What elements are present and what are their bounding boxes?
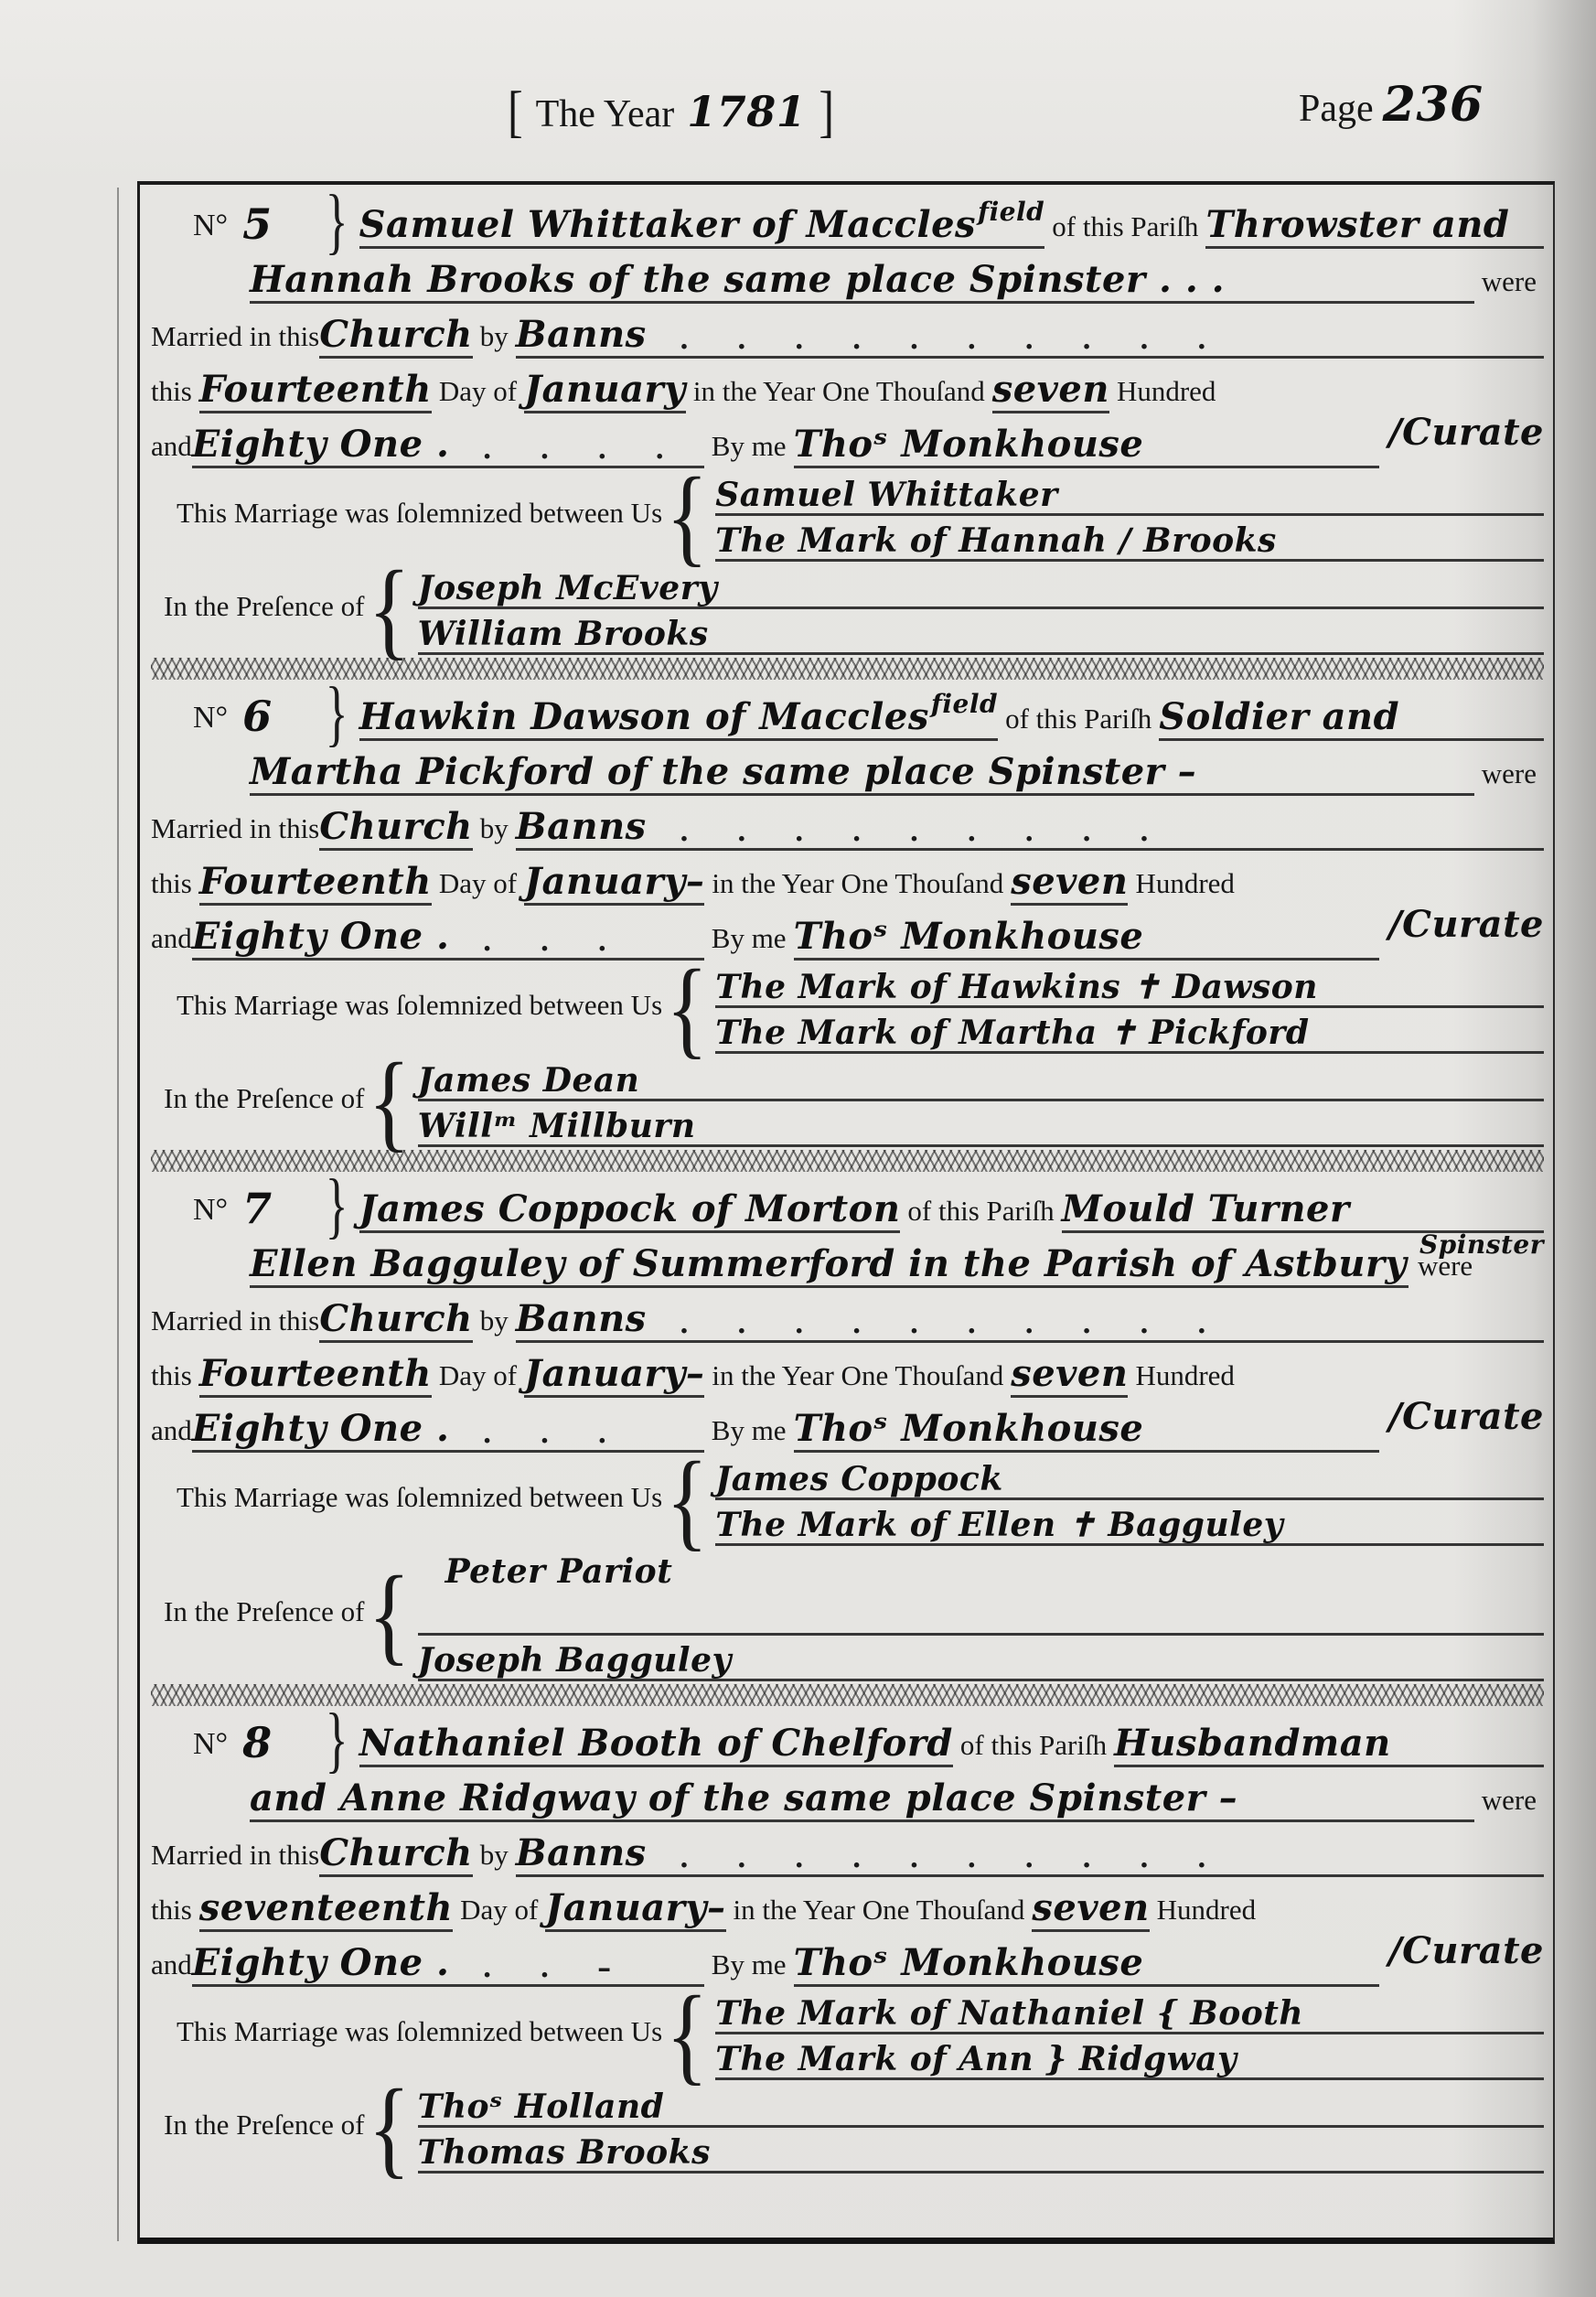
groom-signature: Samuel Whittaker	[715, 477, 1057, 513]
printed-this: this	[151, 1894, 192, 1932]
year-words-underline: Eighty One . . . –	[192, 1943, 704, 1987]
were-stack: Spinster were	[1418, 1235, 1544, 1288]
groom-occupation: Mould Turner	[1062, 1189, 1350, 1230]
bride-line: and Anne Ridgway of the same place Spins…	[151, 1767, 1544, 1822]
printed-hundred: Hundred	[1117, 375, 1216, 413]
occupation-underline: Husbandman	[1114, 1723, 1544, 1767]
margin-rule	[117, 188, 119, 2241]
witness1-line: Joseph McEvery	[418, 564, 1544, 609]
printed-by: by	[480, 1304, 509, 1343]
banns-value: Banns	[516, 1833, 647, 1874]
witness-column: Joseph McEvery William Brooks	[418, 564, 1544, 655]
witness2-line: William Brooks	[418, 609, 1544, 655]
day-value: Fourteenth	[199, 862, 432, 906]
banns-underline: Banns . . . . . . . . . .	[516, 1299, 1544, 1343]
year-line: and Eighty One . . . . . By me Thoˢ Monk…	[151, 413, 1544, 468]
witness2-signature: Thomas Brooks	[418, 2134, 711, 2171]
printed-were: were	[1482, 265, 1537, 304]
solemnized-line: This Marriage was ſolemnized between Us …	[151, 470, 1544, 562]
minister-underline: Thoˢ Monkhouse	[794, 1943, 1379, 1987]
witness2-signature: William Brooks	[418, 616, 709, 652]
bride-name-underline: and Anne Ridgway of the same place Spins…	[250, 1778, 1474, 1822]
printed-and: and	[151, 922, 192, 961]
groom-name-superscript: field	[978, 202, 1044, 222]
curate-note: ∕Curate	[1388, 1931, 1544, 1972]
groom-mark: The Mark of Nathaniel { Booth	[715, 1995, 1303, 2032]
marriage-entry-5: N° 5 } Samuel Whittaker of Maccles field…	[151, 190, 1544, 655]
printed-by-me: By me	[712, 1948, 787, 1987]
banns-value: Banns	[516, 315, 647, 356]
bride-signature-line: The Mark of Ellen ✝ Bagguley	[715, 1500, 1544, 1546]
groom-signature-line: James Coppock	[715, 1454, 1544, 1500]
married-line: Married in this Church by Banns . . . . …	[151, 1288, 1544, 1343]
month-value: January–	[545, 1888, 725, 1932]
banns-underline: Banns . . . . . . . . .	[516, 807, 1544, 851]
year-line: and Eighty One . . . . By me Thoˢ Monkho…	[151, 1398, 1544, 1453]
printed-day-of: Day of	[439, 1359, 517, 1398]
printed-solemnized: This Marriage was ſolemnized between Us	[151, 1481, 662, 1519]
year-words: Eighty One .	[192, 1943, 450, 1984]
occupation-underline: Throwster and	[1205, 205, 1544, 249]
witness1-signature: Thoˢ Holland	[418, 2088, 665, 2125]
year-line: and Eighty One . . . – By me Thoˢ Monkho…	[151, 1932, 1544, 1987]
groom-name: James Coppock of Morton	[359, 1189, 901, 1230]
bride-name-underline: Ellen Bagguley of Summerford in the Pari…	[250, 1244, 1409, 1288]
married-line: Married in this Church by Banns . . . . …	[151, 1822, 1544, 1877]
group-brace: {	[666, 1456, 708, 1544]
date-line: this Fourteenth Day of January– in the Y…	[151, 1343, 1544, 1398]
bride-mark: The Mark of Martha ✝ Pickford	[715, 1014, 1309, 1051]
curate-note: ∕Curate	[1388, 413, 1544, 454]
marriage-entry-8: N° 8 } Nathaniel Booth of Chelford of th…	[151, 1709, 1544, 2174]
group-brace: {	[666, 1991, 708, 2078]
year-bracket-close: ]	[819, 78, 834, 145]
year-title: [ The Year 1781 ]	[508, 84, 834, 137]
month-value: January–	[524, 862, 704, 906]
bride-signature-line: The Mark of Ann } Ridgway	[715, 2034, 1544, 2080]
groom-occupation: Throwster and	[1205, 205, 1509, 246]
witness-above-signature: Peter Pariot	[445, 1553, 673, 1590]
groom-name: Samuel Whittaker of Maccles	[359, 205, 976, 246]
group-brace: {	[368, 1057, 410, 1145]
bride-mark: The Mark of Ellen ✝ Bagguley	[715, 1507, 1283, 1543]
minister-signature: Thoˢ Monkhouse	[794, 424, 1144, 466]
minister-signature: Thoˢ Monkhouse	[794, 1943, 1144, 1984]
banns-underline: Banns . . . . . . . . . .	[516, 1833, 1544, 1877]
bride-line: Hannah Brooks of the same place Spinster…	[151, 249, 1544, 304]
printed-married-in-this: Married in this	[151, 1304, 319, 1343]
groom-name-underline: Hawkin Dawson of Maccles field	[359, 697, 998, 741]
century-value: seven	[1011, 862, 1128, 906]
printed-by: by	[480, 812, 509, 851]
marriage-entry-7: N° 7 } James Coppock of Morton of this P…	[151, 1175, 1544, 1681]
bride-name: Hannah Brooks of the same place Spinster…	[250, 260, 1225, 301]
day-value: Fourteenth	[199, 370, 432, 413]
printed-solemnized: This Marriage was ſolemnized between Us	[151, 497, 662, 535]
group-brace: {	[368, 1571, 410, 1658]
groom-name-underline: Samuel Whittaker of Maccles field	[359, 205, 1045, 249]
group-brace: {	[666, 964, 708, 1052]
presence-line: In the Preſence of { Peter Pariot Joseph…	[151, 1548, 1544, 1681]
groom-name-underline: Nathaniel Booth of Chelford	[359, 1723, 953, 1767]
witness2-line: Thomas Brooks	[418, 2128, 1544, 2174]
date-line: this Fourteenth Day of January in the Ye…	[151, 359, 1544, 413]
church-value: Church	[319, 315, 473, 359]
groom-signature-line: The Mark of Hawkins ✝ Dawson	[715, 962, 1544, 1008]
page-number-block: Page 236	[1299, 79, 1484, 132]
signature-column: James Coppock The Mark of Ellen ✝ Baggul…	[715, 1454, 1544, 1546]
witness1-line: Thoˢ Holland	[418, 2082, 1544, 2128]
entry-brace: }	[326, 1165, 348, 1248]
century-value: seven	[1032, 1888, 1149, 1932]
year-value: 1781	[687, 89, 806, 136]
printed-solemnized: This Marriage was ſolemnized between Us	[151, 2015, 662, 2054]
printed-married-in-this: Married in this	[151, 812, 319, 851]
witness2-line: Joseph Bagguley	[418, 1636, 1544, 1681]
date-line: this seventeenth Day of January– in the …	[151, 1877, 1544, 1932]
group-brace: {	[666, 472, 708, 560]
printed-and: and	[151, 1948, 192, 1987]
banns-underline: Banns . . . . . . . . . .	[516, 315, 1544, 359]
groom-name: Hawkin Dawson of Maccles	[359, 697, 929, 738]
minister-signature: Thoˢ Monkhouse	[794, 1409, 1144, 1450]
witness1-signature: James Dean	[418, 1062, 640, 1099]
year-words-underline: Eighty One . . . .	[192, 1409, 704, 1453]
solemnized-line: This Marriage was ſolemnized between Us …	[151, 962, 1544, 1054]
bride-superscript: Spinster	[1419, 1235, 1544, 1255]
crosshatch-divider	[151, 1150, 1544, 1172]
bride-signature-line: The Mark of Martha ✝ Pickford	[715, 1008, 1544, 1054]
groom-occupation: Soldier and	[1159, 697, 1399, 738]
groom-line: N° 8 } Nathaniel Booth of Chelford of th…	[151, 1712, 1544, 1767]
printed-year-one-thousand: in the Year One Thouſand	[734, 1894, 1025, 1932]
printed-presence: In the Preſence of	[151, 1082, 364, 1121]
groom-occupation: Husbandman	[1114, 1723, 1391, 1765]
minister-underline: Thoˢ Monkhouse	[794, 917, 1379, 961]
bride-name: Ellen Bagguley of Summerford in the Pari…	[250, 1244, 1407, 1285]
entry-number-label: N°	[193, 701, 228, 741]
church-value: Church	[319, 1299, 473, 1343]
printed-were: were	[1482, 1784, 1537, 1822]
day-value: Fourteenth	[199, 1354, 432, 1398]
bride-signature-line: The Mark of Hannah ∕ Brooks	[715, 516, 1544, 562]
occupation-underline: Mould Turner	[1062, 1189, 1544, 1233]
entry-brace: }	[326, 180, 348, 263]
year-bracket-open: [	[508, 78, 523, 145]
entry-number-label: N°	[193, 1193, 228, 1233]
printed-by-me: By me	[712, 1414, 787, 1453]
printed-hundred: Hundred	[1157, 1894, 1256, 1932]
year-words-underline: Eighty One . . . .	[192, 917, 704, 961]
printed-presence: In the Preſence of	[151, 2109, 364, 2147]
entry-number-value: 8	[242, 1720, 273, 1767]
bride-line: Martha Pickford of the same place Spinst…	[151, 741, 1544, 796]
married-line: Married in this Church by Banns . . . . …	[151, 304, 1544, 359]
printed-year-one-thousand: in the Year One Thouſand	[693, 375, 985, 413]
printed-of-this-parish: of this Pariſh	[907, 1195, 1054, 1233]
minister-underline: Thoˢ Monkhouse	[794, 1409, 1379, 1453]
witness-above-line: Peter Pariot	[418, 1548, 1544, 1590]
printed-of-this-parish: of this Pariſh	[960, 1729, 1107, 1767]
bride-name: and Anne Ridgway of the same place Spins…	[250, 1778, 1237, 1819]
church-value: Church	[319, 1833, 473, 1877]
banns-value: Banns	[516, 1299, 647, 1340]
year-label: The Year	[536, 92, 675, 136]
bride-name-underline: Hannah Brooks of the same place Spinster…	[250, 260, 1474, 304]
century-value: seven	[992, 370, 1109, 413]
presence-line: In the Preſence of { James Dean Willᵐ Mi…	[151, 1056, 1544, 1147]
groom-line: N° 7 } James Coppock of Morton of this P…	[151, 1178, 1544, 1233]
groom-signature: James Coppock	[715, 1461, 1003, 1497]
curate-note: ∕Curate	[1388, 905, 1544, 946]
printed-married-in-this: Married in this	[151, 1839, 319, 1877]
printed-hundred: Hundred	[1135, 1359, 1234, 1398]
page-label: Page	[1299, 87, 1374, 131]
signature-column: The Mark of Nathaniel { Booth The Mark o…	[715, 1989, 1544, 2080]
church-value: Church	[319, 807, 473, 851]
groom-mark: The Mark of Hawkins ✝ Dawson	[715, 969, 1318, 1005]
presence-line: In the Preſence of { Thoˢ Holland Thomas…	[151, 2082, 1544, 2174]
signature-column: The Mark of Hawkins ✝ Dawson The Mark of…	[715, 962, 1544, 1054]
printed-by: by	[480, 1839, 509, 1877]
minister-underline: Thoˢ Monkhouse	[794, 424, 1379, 468]
entry-number-value: 6	[242, 693, 273, 741]
printed-married-in-this: Married in this	[151, 320, 319, 359]
dot-leaders: . . . . . . . . . .	[647, 324, 1544, 356]
printed-by-me: By me	[712, 922, 787, 961]
printed-presence: In the Preſence of	[151, 590, 364, 628]
year-words: Eighty One .	[192, 424, 450, 466]
occupation-underline: Soldier and	[1159, 697, 1544, 741]
presence-line: In the Preſence of { Joseph McEvery Will…	[151, 564, 1544, 655]
solemnized-line: This Marriage was ſolemnized between Us …	[151, 1989, 1544, 2080]
witness1-line	[418, 1590, 1544, 1636]
year-words: Eighty One .	[192, 1409, 450, 1450]
groom-signature-line: The Mark of Nathaniel { Booth	[715, 1989, 1544, 2034]
groom-name-superscript: field	[931, 694, 998, 714]
entry-number-label: N°	[193, 1727, 228, 1767]
century-value: seven	[1011, 1354, 1128, 1398]
printed-day-of: Day of	[439, 867, 517, 906]
solemnized-line: This Marriage was ſolemnized between Us …	[151, 1454, 1544, 1546]
printed-this: this	[151, 867, 192, 906]
printed-were: were	[1482, 757, 1537, 796]
witness1-line: James Dean	[418, 1056, 1544, 1101]
year-words-underline: Eighty One . . . . .	[192, 424, 704, 468]
witness-column: James Dean Willᵐ Millburn	[418, 1056, 1544, 1147]
bride-mark: The Mark of Ann } Ridgway	[715, 2041, 1237, 2077]
crosshatch-divider	[151, 658, 1544, 680]
groom-line: N° 5 } Samuel Whittaker of Maccles field…	[151, 194, 1544, 249]
printed-by: by	[480, 320, 509, 359]
curate-note: ∕Curate	[1388, 1397, 1544, 1438]
groom-name: Nathaniel Booth of Chelford	[359, 1723, 953, 1765]
printed-by-me: By me	[712, 430, 787, 468]
printed-day-of: Day of	[439, 375, 517, 413]
dot-leaders: . . . . . . . . . .	[647, 1308, 1544, 1340]
marriage-entry-6: N° 6 } Hawkin Dawson of Maccles field of…	[151, 682, 1544, 1147]
date-line: this Fourteenth Day of January– in the Y…	[151, 851, 1544, 906]
month-value: January	[524, 370, 686, 413]
bride-line: Ellen Bagguley of Summerford in the Pari…	[151, 1233, 1544, 1288]
bride-signature: The Mark of Hannah ∕ Brooks	[715, 522, 1277, 559]
group-brace: {	[368, 565, 410, 653]
printed-hundred: Hundred	[1135, 867, 1234, 906]
bride-name: Martha Pickford of the same place Spinst…	[250, 752, 1196, 793]
register-box: N° 5 } Samuel Whittaker of Maccles field…	[137, 181, 1555, 2244]
month-value: January–	[524, 1354, 704, 1398]
groom-signature-line: Samuel Whittaker	[715, 470, 1544, 516]
printed-this: this	[151, 375, 192, 413]
printed-and: and	[151, 430, 192, 468]
entry-brace: }	[326, 1699, 348, 1782]
signature-column: Samuel Whittaker The Mark of Hannah ∕ Br…	[715, 470, 1544, 562]
bride-name-underline: Martha Pickford of the same place Spinst…	[250, 752, 1474, 796]
year-line: and Eighty One . . . . By me Thoˢ Monkho…	[151, 906, 1544, 961]
minister-signature: Thoˢ Monkhouse	[794, 917, 1144, 958]
group-brace: {	[368, 2084, 410, 2172]
groom-name-underline: James Coppock of Morton	[359, 1189, 901, 1233]
married-line: Married in this Church by Banns . . . . …	[151, 796, 1544, 851]
page-number: 236	[1383, 79, 1484, 132]
groom-line: N° 6 } Hawkin Dawson of Maccles field of…	[151, 686, 1544, 741]
entry-number-value: 5	[242, 201, 273, 249]
witness2-signature: Joseph Bagguley	[418, 1642, 732, 1679]
witness2-signature: Willᵐ Millburn	[418, 1108, 696, 1144]
dot-leaders: . . . . . . . . . .	[647, 1842, 1544, 1874]
witness2-line: Willᵐ Millburn	[418, 1101, 1544, 1147]
witness-column: Peter Pariot Joseph Bagguley	[418, 1548, 1544, 1681]
printed-presence: In the Preſence of	[151, 1595, 364, 1634]
printed-year-one-thousand: in the Year One Thouſand	[712, 1359, 1003, 1398]
entry-number-value: 7	[242, 1186, 273, 1233]
printed-of-this-parish: of this Pariſh	[1052, 210, 1198, 249]
printed-this: this	[151, 1359, 192, 1398]
printed-and: and	[151, 1414, 192, 1453]
dot-leaders: . . . . . . . . .	[647, 816, 1544, 848]
year-words: Eighty One .	[192, 917, 450, 958]
banns-value: Banns	[516, 807, 647, 848]
printed-solemnized: This Marriage was ſolemnized between Us	[151, 989, 662, 1027]
printed-of-this-parish: of this Pariſh	[1005, 703, 1151, 741]
day-value: seventeenth	[199, 1888, 453, 1932]
entry-brace: }	[326, 672, 348, 756]
crosshatch-divider	[151, 1684, 1544, 1706]
witness-column: Thoˢ Holland Thomas Brooks	[418, 2082, 1544, 2174]
printed-day-of: Day of	[460, 1894, 538, 1932]
entry-number-label: N°	[193, 209, 228, 249]
printed-year-one-thousand: in the Year One Thouſand	[712, 867, 1003, 906]
